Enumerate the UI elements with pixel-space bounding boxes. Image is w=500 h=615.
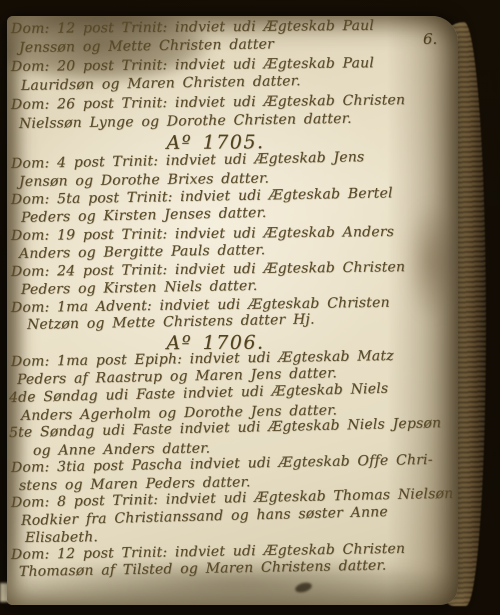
manuscript-line: Netzøn og Mette Christens datter Hj.	[27, 312, 315, 333]
scanned-page-photo: Dom: 12 post Trinit: indviet udi Ægteska…	[0, 0, 500, 615]
manuscript-line: Dom: 12 post Trinit: indviet udi Ægteska…	[11, 19, 374, 38]
manuscript-line: Peders og Kirsten Jenses datter.	[21, 206, 267, 227]
manuscript-line: Dom: 19 post Trinit: indviet udi Ægteska…	[11, 225, 394, 244]
manuscript-line: Jenssøn og Mette Christen datter	[19, 37, 274, 56]
manuscript-line: Dom: 20 post Trinit: indviet udi Ægteska…	[11, 56, 374, 75]
manuscript-line: Dom: 24 post Trinit: indviet udi Ægteska…	[11, 260, 405, 280]
manuscript-text: Dom: 12 post Trinit: indviet udi Ægteska…	[7, 16, 458, 605]
manuscript-line: Peders og Kirsten Niels datter.	[21, 279, 258, 299]
manuscript-page: Dom: 12 post Trinit: indviet udi Ægteska…	[7, 16, 458, 605]
manuscript-line: Elisabeth.	[25, 530, 98, 546]
page-number: 6.	[423, 32, 437, 47]
manuscript-line: Nielssøn Lynge og Dorothe Christen datte…	[19, 112, 352, 133]
manuscript-line: Anders og Bergitte Pauls datter.	[19, 243, 266, 262]
manuscript-line: Lauridsøn og Maren Christen datter.	[21, 74, 301, 94]
